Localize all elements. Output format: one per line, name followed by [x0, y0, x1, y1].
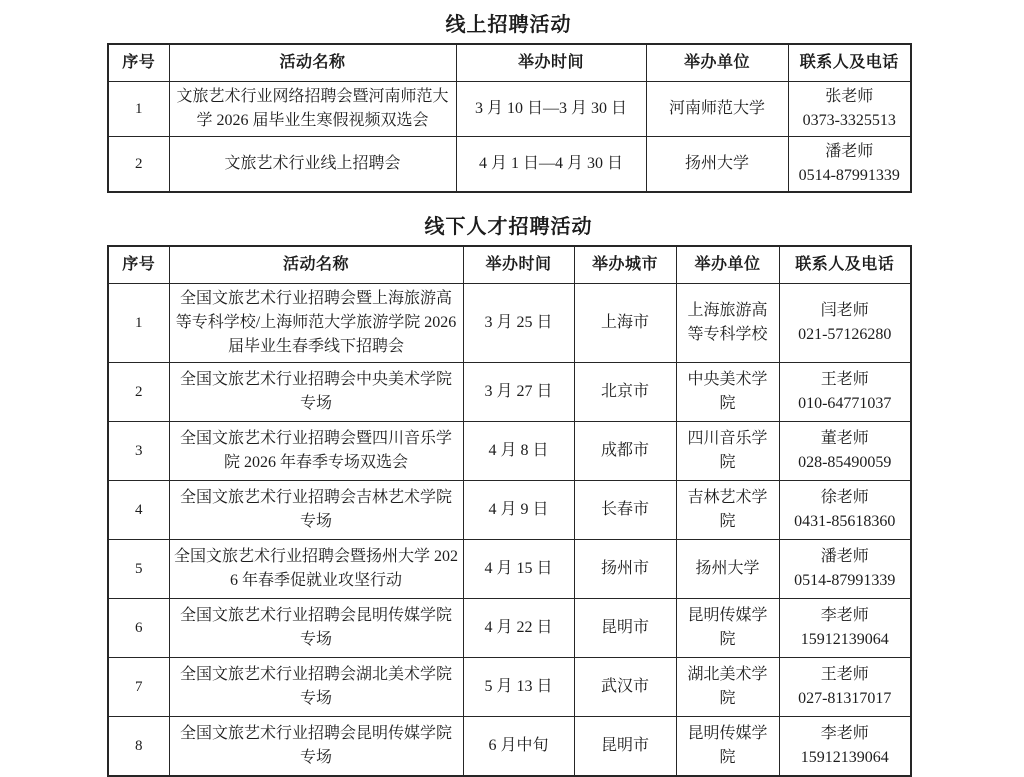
- contact-name: 张老师: [793, 85, 907, 109]
- cell-no: 7: [108, 658, 169, 717]
- column-header: 举办城市: [574, 246, 676, 284]
- contact-name: 李老师: [784, 604, 907, 628]
- contact-name: 李老师: [784, 722, 907, 746]
- contact-name: 董老师: [784, 427, 907, 451]
- column-header: 联系人及电话: [788, 44, 911, 82]
- table-row: 8全国文旅艺术行业招聘会昆明传媒学院专场6 月中旬昆明市昆明传媒学院李老师159…: [108, 717, 911, 777]
- cell-unit: 上海旅游高等专科学校: [676, 284, 779, 363]
- contact-phone: 15912139064: [784, 746, 907, 770]
- cell-unit: 吉林艺术学院: [676, 481, 779, 540]
- cell-city: 北京市: [574, 363, 676, 422]
- cell-time: 4 月 1 日—4 月 30 日: [456, 137, 646, 193]
- contact-phone: 027-81317017: [784, 687, 907, 711]
- cell-city: 成都市: [574, 422, 676, 481]
- column-header: 举办单位: [646, 44, 788, 82]
- cell-no: 5: [108, 540, 169, 599]
- cell-unit: 河南师范大学: [646, 82, 788, 137]
- offline-table-body: 1全国文旅艺术行业招聘会暨上海旅游高等专科学校/上海师范大学旅游学院 2026 …: [108, 284, 911, 777]
- cell-contact: 潘老师0514-87991339: [779, 540, 911, 599]
- table-row: 3全国文旅艺术行业招聘会暨四川音乐学院 2026 年春季专场双选会4 月 8 日…: [108, 422, 911, 481]
- cell-name: 全国文旅艺术行业招聘会暨四川音乐学院 2026 年春季专场双选会: [169, 422, 463, 481]
- contact-name: 潘老师: [793, 140, 907, 164]
- contact-phone: 010-64771037: [784, 392, 907, 416]
- cell-unit: 扬州大学: [676, 540, 779, 599]
- cell-unit: 湖北美术学院: [676, 658, 779, 717]
- cell-unit: 昆明传媒学院: [676, 599, 779, 658]
- cell-city: 昆明市: [574, 717, 676, 777]
- cell-time: 4 月 8 日: [463, 422, 574, 481]
- cell-city: 长春市: [574, 481, 676, 540]
- contact-phone: 028-85490059: [784, 451, 907, 475]
- cell-no: 6: [108, 599, 169, 658]
- cell-name: 全国文旅艺术行业招聘会昆明传媒学院专场: [169, 717, 463, 777]
- contact-phone: 021-57126280: [784, 323, 907, 347]
- contact-phone: 0431-85618360: [784, 510, 907, 534]
- cell-time: 3 月 10 日—3 月 30 日: [456, 82, 646, 137]
- cell-contact: 李老师15912139064: [779, 717, 911, 777]
- online-table-body: 1文旅艺术行业网络招聘会暨河南师范大学 2026 届毕业生寒假视频双选会3 月 …: [108, 82, 911, 193]
- contact-name: 徐老师: [784, 486, 907, 510]
- contact-name: 闫老师: [784, 299, 907, 323]
- cell-contact: 张老师0373-3325513: [788, 82, 911, 137]
- header-row: 序号活动名称举办时间举办城市举办单位联系人及电话: [108, 246, 911, 284]
- cell-unit: 昆明传媒学院: [676, 717, 779, 777]
- cell-contact: 董老师028-85490059: [779, 422, 911, 481]
- cell-city: 昆明市: [574, 599, 676, 658]
- cell-no: 8: [108, 717, 169, 777]
- contact-name: 潘老师: [784, 545, 907, 569]
- column-header: 举办时间: [456, 44, 646, 82]
- column-header: 活动名称: [169, 44, 456, 82]
- cell-no: 3: [108, 422, 169, 481]
- table-row: 2全国文旅艺术行业招聘会中央美术学院专场3 月 27 日北京市中央美术学院王老师…: [108, 363, 911, 422]
- table-row: 7全国文旅艺术行业招聘会湖北美术学院专场5 月 13 日武汉市湖北美术学院王老师…: [108, 658, 911, 717]
- online-table-head: 序号活动名称举办时间举办单位联系人及电话: [108, 44, 911, 82]
- table-row: 1全国文旅艺术行业招聘会暨上海旅游高等专科学校/上海师范大学旅游学院 2026 …: [108, 284, 911, 363]
- column-header: 活动名称: [169, 246, 463, 284]
- cell-time: 3 月 27 日: [463, 363, 574, 422]
- cell-city: 武汉市: [574, 658, 676, 717]
- cell-unit: 四川音乐学院: [676, 422, 779, 481]
- offline-table-head: 序号活动名称举办时间举办城市举办单位联系人及电话: [108, 246, 911, 284]
- cell-time: 3 月 25 日: [463, 284, 574, 363]
- cell-contact: 王老师010-64771037: [779, 363, 911, 422]
- column-header: 序号: [108, 246, 169, 284]
- document-page: 线上招聘活动 序号活动名称举办时间举办单位联系人及电话 1文旅艺术行业网络招聘会…: [0, 0, 1024, 777]
- cell-no: 1: [108, 284, 169, 363]
- table-row: 6全国文旅艺术行业招聘会昆明传媒学院专场4 月 22 日昆明市昆明传媒学院李老师…: [108, 599, 911, 658]
- column-header: 联系人及电话: [779, 246, 911, 284]
- cell-time: 6 月中旬: [463, 717, 574, 777]
- offline-table-title: 线下人才招聘活动: [107, 210, 910, 239]
- header-row: 序号活动名称举办时间举办单位联系人及电话: [108, 44, 911, 82]
- table-row: 5全国文旅艺术行业招聘会暨扬州大学 2026 年春季促就业攻坚行动4 月 15 …: [108, 540, 911, 599]
- cell-name: 全国文旅艺术行业招聘会昆明传媒学院专场: [169, 599, 463, 658]
- cell-contact: 徐老师0431-85618360: [779, 481, 911, 540]
- online-table-title: 线上招聘活动: [107, 8, 910, 37]
- cell-unit: 扬州大学: [646, 137, 788, 193]
- contact-phone: 0514-87991339: [793, 164, 907, 188]
- cell-time: 4 月 9 日: [463, 481, 574, 540]
- table-row: 2文旅艺术行业线上招聘会4 月 1 日—4 月 30 日扬州大学潘老师0514-…: [108, 137, 911, 193]
- cell-contact: 李老师15912139064: [779, 599, 911, 658]
- cell-unit: 中央美术学院: [676, 363, 779, 422]
- cell-name: 全国文旅艺术行业招聘会湖北美术学院专场: [169, 658, 463, 717]
- offline-table: 序号活动名称举办时间举办城市举办单位联系人及电话 1全国文旅艺术行业招聘会暨上海…: [107, 245, 912, 777]
- cell-name: 全国文旅艺术行业招聘会暨扬州大学 2026 年春季促就业攻坚行动: [169, 540, 463, 599]
- cell-time: 5 月 13 日: [463, 658, 574, 717]
- cell-name: 文旅艺术行业网络招聘会暨河南师范大学 2026 届毕业生寒假视频双选会: [169, 82, 456, 137]
- cell-time: 4 月 15 日: [463, 540, 574, 599]
- contact-phone: 0373-3325513: [793, 109, 907, 133]
- contact-phone: 0514-87991339: [784, 569, 907, 593]
- online-table: 序号活动名称举办时间举办单位联系人及电话 1文旅艺术行业网络招聘会暨河南师范大学…: [107, 43, 912, 193]
- cell-no: 1: [108, 82, 169, 137]
- contact-name: 王老师: [784, 368, 907, 392]
- cell-contact: 王老师027-81317017: [779, 658, 911, 717]
- column-header: 举办时间: [463, 246, 574, 284]
- cell-name: 全国文旅艺术行业招聘会吉林艺术学院专场: [169, 481, 463, 540]
- cell-name: 全国文旅艺术行业招聘会中央美术学院专场: [169, 363, 463, 422]
- cell-contact: 闫老师021-57126280: [779, 284, 911, 363]
- cell-no: 2: [108, 363, 169, 422]
- contact-phone: 15912139064: [784, 628, 907, 652]
- cell-no: 4: [108, 481, 169, 540]
- cell-name: 全国文旅艺术行业招聘会暨上海旅游高等专科学校/上海师范大学旅游学院 2026 届…: [169, 284, 463, 363]
- cell-city: 扬州市: [574, 540, 676, 599]
- cell-no: 2: [108, 137, 169, 193]
- column-header: 举办单位: [676, 246, 779, 284]
- cell-name: 文旅艺术行业线上招聘会: [169, 137, 456, 193]
- contact-name: 王老师: [784, 663, 907, 687]
- cell-contact: 潘老师0514-87991339: [788, 137, 911, 193]
- table-row: 4全国文旅艺术行业招聘会吉林艺术学院专场4 月 9 日长春市吉林艺术学院徐老师0…: [108, 481, 911, 540]
- cell-time: 4 月 22 日: [463, 599, 574, 658]
- column-header: 序号: [108, 44, 169, 82]
- cell-city: 上海市: [574, 284, 676, 363]
- table-row: 1文旅艺术行业网络招聘会暨河南师范大学 2026 届毕业生寒假视频双选会3 月 …: [108, 82, 911, 137]
